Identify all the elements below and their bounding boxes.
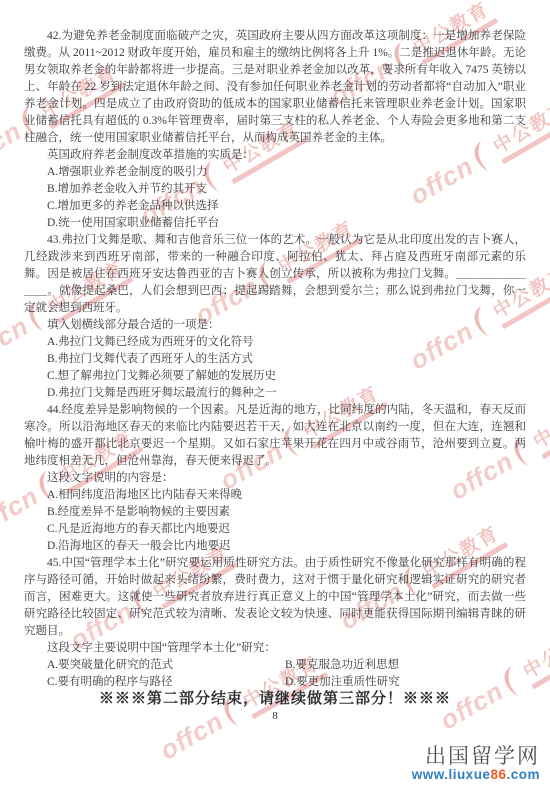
question-42-body: 42.为避免养老金制度面临破产之灾，英国政府主要从四方面改革这项制度：一是增加养… bbox=[24, 28, 526, 147]
question-45-option-c: C.要有明确的程序与路径 bbox=[47, 674, 285, 691]
section-end-notice: ※※※第二部分结束，请继续做第三部分！※※※ bbox=[24, 691, 526, 708]
question-45-option-b: B.要克服急功近利思想 bbox=[285, 657, 399, 674]
question-42-option-b: B.增加养老金收入并节约其开支 bbox=[24, 181, 526, 198]
question-44-body: 44.经度差异是影响物候的一个因素。凡是近海的地方，比同纬度的内陆，冬天温和，春… bbox=[24, 402, 526, 470]
question-43-option-b: B.弗拉门戈舞代表了西班牙人的生活方式 bbox=[24, 351, 526, 368]
question-42-option-a: A.增强职业养老金制度的吸引力 bbox=[24, 164, 526, 181]
question-42-option-c: C.增加更多的养老金品种以供选择 bbox=[24, 198, 526, 215]
question-44-option-d: D.沿海地区的春天一般会比内地要迟 bbox=[24, 538, 526, 555]
question-45-body: 45.中国“管理学本土化”研究要运用质性研究方法。由于质性研究不像量化研究那样有… bbox=[24, 555, 526, 640]
question-43-stem: 填入划横线部分最合适的一项是： bbox=[24, 317, 526, 334]
question-44-option-b: B.经度差异不是影响物候的主要因素 bbox=[24, 504, 526, 521]
question-43-option-a: A.弗拉门戈舞已经成为西班牙的文化符号 bbox=[24, 334, 526, 351]
question-44-stem: 这段文字说明的内容是： bbox=[24, 470, 526, 487]
question-43-body: 43.弗拉门戈舞是歌、舞和吉他音乐三位一体的艺术。一般认为它是从北印度出发的吉卜… bbox=[24, 232, 526, 317]
liuxue-url-86: 86 bbox=[490, 767, 506, 782]
liuxue-url-com: .com bbox=[506, 767, 540, 782]
liuxue-site-logo: 出国留学网 www.liuxue86.com bbox=[412, 746, 540, 782]
exam-document-page: offcn 中公教育 offcn 中公教育 offcn 中公教育 offcn 中… bbox=[0, 0, 550, 788]
question-44-option-a: A.相同纬度沿海地区比内陆春天来得晚 bbox=[24, 487, 526, 504]
question-42-stem: 英国政府养老金制度改革措施的实质是： bbox=[24, 147, 526, 164]
document-content: 42.为避免养老金制度面临破产之灾，英国政府主要从四方面改革这项制度：一是增加养… bbox=[0, 0, 550, 725]
question-45-option-d: D.要更加注重质性研究 bbox=[285, 674, 400, 691]
page-number: 8 bbox=[24, 708, 526, 725]
question-45-stem: 这段文字主要说明中国“管理学本土化”研究： bbox=[24, 640, 526, 657]
question-42-option-d: D.统一使用国家职业储蓄信托平台 bbox=[24, 215, 526, 232]
question-44-option-c: C.凡是近海地方的春天都比内地要迟 bbox=[24, 521, 526, 538]
liuxue-logo-title: 出国留学网 bbox=[412, 746, 540, 768]
liuxue-logo-url: www.liuxue86.com bbox=[412, 768, 540, 782]
question-45-option-row-2: C.要有明确的程序与路径D.要更加注重质性研究 bbox=[24, 674, 526, 691]
question-45-option-a: A.要突破量化研究的范式 bbox=[47, 657, 285, 674]
liuxue-url-www: www.liuxue bbox=[412, 767, 491, 782]
question-43-option-c: C.想了解弗拉门戈舞必须要了解她的发展历史 bbox=[24, 368, 526, 385]
question-45-option-row-1: A.要突破量化研究的范式B.要克服急功近利思想 bbox=[24, 657, 526, 674]
question-43-option-d: D.弗拉门戈舞是西班牙舞坛最流行的舞种之一 bbox=[24, 385, 526, 402]
